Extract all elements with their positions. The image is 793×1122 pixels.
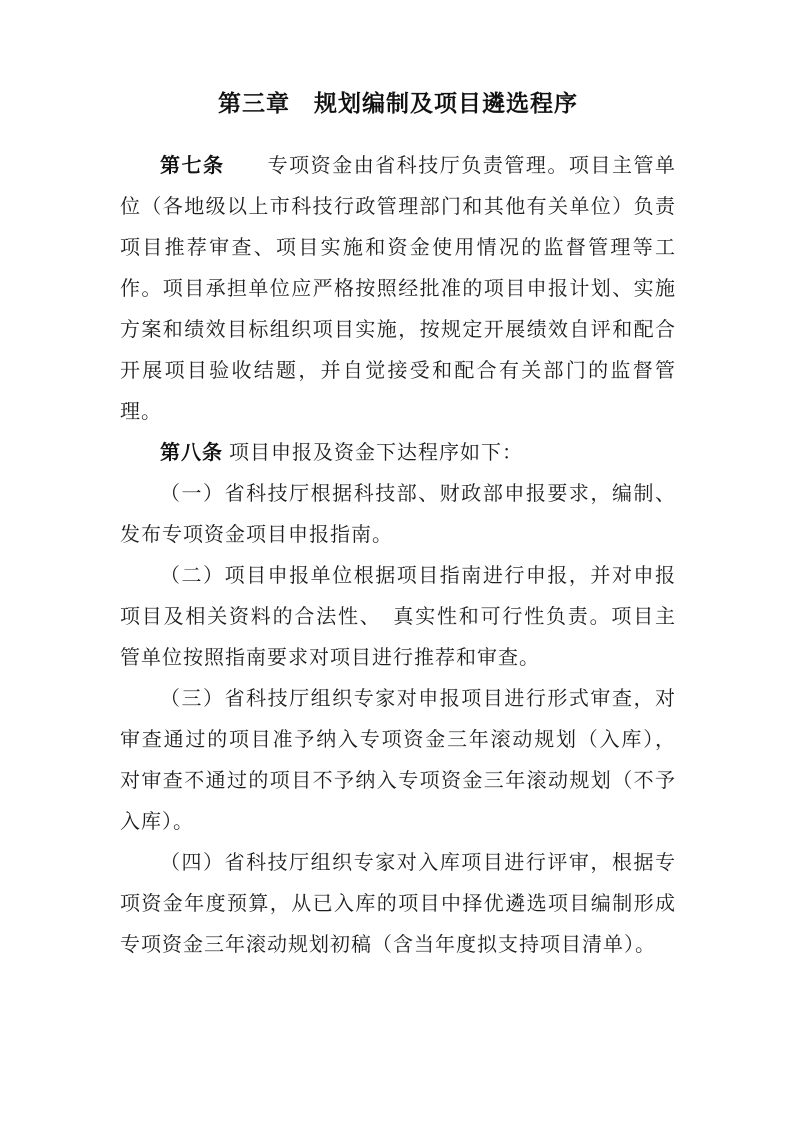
document-body: 第七条 专项资金由省科技厅负责管理。项目主管单位（各地级以上市科技行政管理部门和…: [120, 146, 676, 966]
paragraph: （四）省科技厅组织专家对入库项目进行评审，根据专项资金年度预算，从已入库的项目中…: [120, 843, 676, 966]
paragraph: 第七条 专项资金由省科技厅负责管理。项目主管单位（各地级以上市科技行政管理部门和…: [120, 146, 676, 433]
article-number: 第七条: [160, 155, 225, 177]
paragraph: （三）省科技厅组织专家对申报项目进行形式审查，对审查通过的项目准予纳入专项资金三…: [120, 679, 676, 843]
document-content: 第三章 规划编制及项目遴选程序 第七条 专项资金由省科技厅负责管理。项目主管单位…: [120, 84, 676, 966]
paragraph: 第八条 项目申报及资金下达程序如下：: [120, 433, 676, 474]
paragraph: （二）项目申报单位根据项目指南进行申报，并对申报项目及相关资料的合法性、 真实性…: [120, 556, 676, 679]
article-number: 第八条: [160, 442, 223, 464]
paragraph: （一）省科技厅根据科技部、财政部申报要求，编制、发布专项资金项目申报指南。: [120, 474, 676, 556]
chapter-heading: 第三章 规划编制及项目遴选程序: [120, 84, 676, 124]
document-page: 第三章 规划编制及项目遴选程序 第七条 专项资金由省科技厅负责管理。项目主管单位…: [0, 0, 793, 1122]
